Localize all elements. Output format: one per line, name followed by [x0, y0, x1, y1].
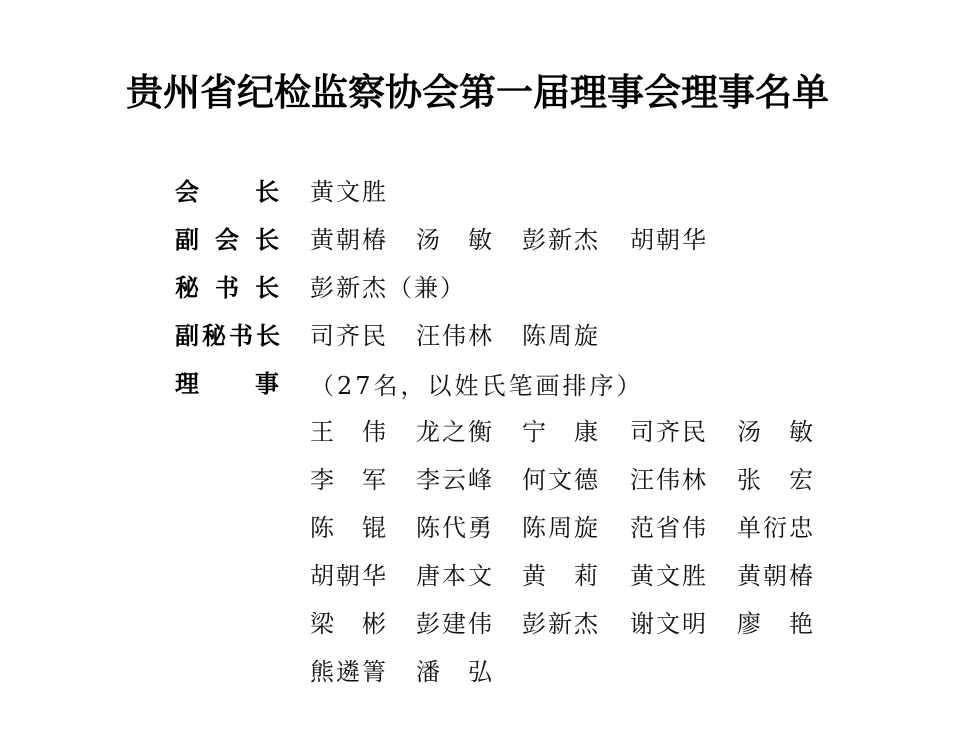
document-title: 贵州省纪检监察协会第一届理事会理事名单	[0, 62, 955, 116]
director-name: 黄朝椿	[737, 556, 817, 586]
vice-president-name: 黄朝椿	[310, 220, 388, 255]
director-name: 张宏	[737, 460, 817, 490]
director-name: 廖艳	[737, 604, 817, 634]
president-name: 黄文胜	[310, 172, 388, 207]
director-name: 何文德	[522, 460, 602, 490]
director-name: 陈周旋	[522, 508, 602, 538]
director-name: 陈锟	[310, 508, 390, 538]
director-name: 谢文明	[630, 604, 710, 634]
vice-president-name: 胡朝华	[630, 220, 708, 255]
director-name: 范省伟	[630, 508, 710, 538]
director-name: 宁康	[522, 412, 602, 442]
director-name: 李云峰	[416, 460, 496, 490]
director-name: 司齐民	[630, 412, 710, 442]
director-name: 唐本文	[416, 556, 496, 586]
secretary-general-name: 彭新杰（兼）	[310, 268, 466, 303]
director-name: 汤敏	[737, 412, 817, 442]
deputy-secretary-general-name: 司齐民	[310, 316, 388, 351]
director-name: 李军	[310, 460, 390, 490]
director-name: 熊遴箐	[310, 652, 390, 682]
directors-note: （27名，以姓氏笔画排序）	[310, 366, 644, 401]
director-name: 黄文胜	[630, 556, 710, 586]
director-name: 单衍忠	[737, 508, 817, 538]
director-name: 彭建伟	[416, 604, 496, 634]
director-name: 胡朝华	[310, 556, 390, 586]
director-name: 王伟	[310, 412, 390, 442]
deputy-secretary-general-name: 汪伟林	[416, 316, 494, 351]
director-name: 彭新杰	[522, 604, 602, 634]
director-name: 黄莉	[522, 556, 602, 586]
director-name: 陈代勇	[416, 508, 496, 538]
vice-president-name: 彭新杰	[522, 220, 600, 255]
director-name: 潘弘	[416, 652, 496, 682]
director-name: 汪伟林	[630, 460, 710, 490]
deputy-secretary-general-name: 陈周旋	[522, 316, 600, 351]
director-name: 龙之衡	[416, 412, 496, 442]
director-name: 梁彬	[310, 604, 390, 634]
